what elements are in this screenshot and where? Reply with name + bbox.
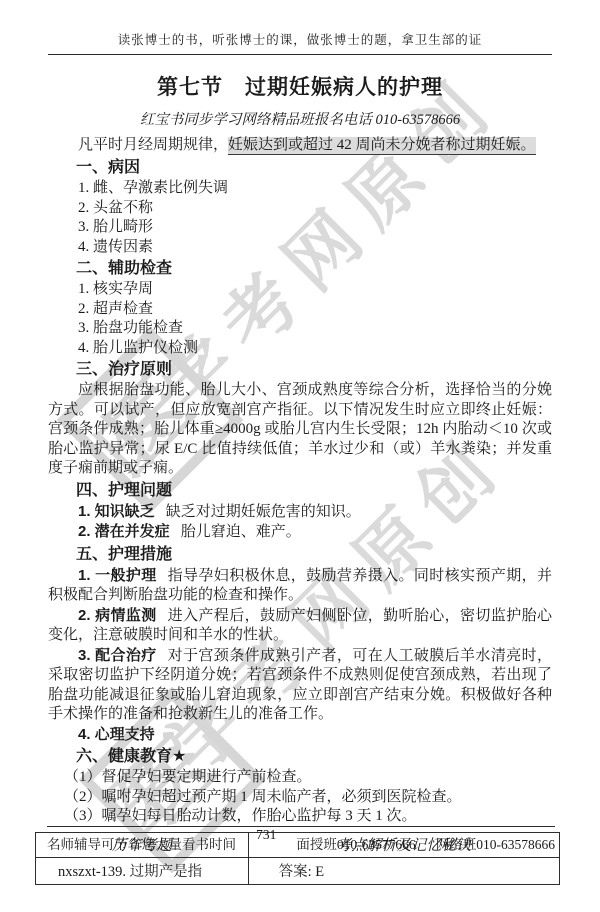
header-slogan: 读张博士的书，听张博士的课，做张博士的题，拿卫生部的证 (48, 30, 552, 48)
section-heading-problems: 四、护理问题 (76, 480, 552, 501)
list-item: 4. 遗传因素 (78, 238, 552, 258)
page-content: 读张博士的书，听张博士的课，做张博士的题，拿卫生部的证 第七节 过期妊娠病人的护… (0, 0, 600, 885)
treatment-paragraph: 应根据胎盘功能、胎儿大小、宫颈成熟度等综合分析，选择恰当的分娩方式。可以试产，但… (48, 381, 552, 479)
definition-line: 凡平时月经周期规律，妊娠达到或超过 42 周尚未分娩者称过期妊娠。 (48, 135, 552, 156)
section-heading-aux-exam: 二、辅助检查 (76, 258, 552, 279)
education-item: （2）嘱咐孕妇超过预产期 1 周未临产者，必须到医院检查。 (64, 788, 552, 808)
section-heading-education: 六、健康教育★ (76, 746, 552, 767)
education-item: （1）督促孕妇要定期进行产前检查。 (64, 768, 552, 788)
nursing-problem-entry: 2. 潜在并发症胎儿窘迫、难产。 (48, 522, 552, 543)
list-item: 4. 胎儿监护仪检测 (78, 339, 552, 359)
definition-prefix: 凡平时月经周期规律， (78, 137, 228, 153)
exam-answer-cell: 答案: E (248, 857, 559, 884)
exam-question-cell: nxszxt-139. 过期产是指 (36, 857, 249, 884)
enrollment-phone-subtitle: 红宝书同步学习网络精品班报名电话 010-63578666 (48, 108, 552, 129)
footer-row: 名师辅导可节省您大量看书时间 731 面授班010-63577666 网络班01… (47, 833, 555, 853)
nursing-measure-entry: 4. 心理支持 (48, 725, 552, 746)
footer-tagline: 名师辅导可节省您大量看书时间 (47, 833, 236, 853)
list-item: 1. 雌、孕激素比例失调 (78, 179, 552, 199)
page-number: 731 (256, 827, 276, 843)
nursing-measure-entry: 1. 一般护理指导孕妇积极休息，鼓励营养摄入。同时核实预产期，并积极配合判断胎盘… (48, 566, 552, 606)
section-heading-measures: 五、护理措施 (76, 544, 552, 565)
header-rule (48, 54, 552, 55)
nursing-problem-entry: 1. 知识缺乏缺乏对过期妊娠危害的知识。 (48, 502, 552, 523)
definition-highlight: 妊娠达到或超过 42 周尚未分娩者称过期妊娠。 (228, 137, 536, 155)
entry-text: 胎儿窘迫、难产。 (181, 524, 301, 540)
page-title: 第七节 过期妊娠病人的护理 (48, 71, 552, 101)
education-item: （3）嘱孕妇每日胎动计数，作胎心监护每 3 天 1 次。 (64, 807, 552, 827)
nursing-measure-entry: 3. 配合治疗对于宫颈条件成熟引产者，可在人工破膜后羊水清亮时，采取密切监护下经… (48, 646, 552, 725)
page-footer: 名师辅导可节省您大量看书时间 731 面授班010-63577666 网络班01… (47, 826, 555, 853)
entry-label: 3. 配合治疗 (78, 647, 157, 664)
entry-text: 缺乏对过期妊娠危害的知识。 (166, 504, 361, 520)
list-item: 2. 头盆不称 (78, 199, 552, 219)
table-row: nxszxt-139. 过期产是指 答案: E (36, 857, 560, 884)
section-heading-causes: 一、病因 (76, 157, 552, 178)
entry-label: 1. 知识缺乏 (78, 503, 155, 520)
entry-label: 2. 病情监测 (78, 607, 157, 624)
footer-phone-online: 网络班010-63578666 (436, 833, 555, 853)
nursing-measure-entry: 2. 病情监测进入产程后，鼓励产妇侧卧位，勤听胎心，密切监护胎心变化，注意破膜时… (48, 606, 552, 646)
list-item: 1. 核实孕周 (78, 280, 552, 300)
list-item: 2. 超声检查 (78, 300, 552, 320)
section-heading-treatment: 三、治疗原则 (76, 359, 552, 380)
entry-label: 2. 潜在并发症 (78, 523, 170, 540)
list-item: 3. 胎儿畸形 (78, 218, 552, 238)
footer-phone-onsite: 面授班010-63577666 (296, 833, 415, 853)
list-item: 3. 胎盘功能检查 (78, 319, 552, 339)
entry-label: 1. 一般护理 (78, 567, 157, 584)
entry-label: 4. 心理支持 (78, 726, 155, 743)
